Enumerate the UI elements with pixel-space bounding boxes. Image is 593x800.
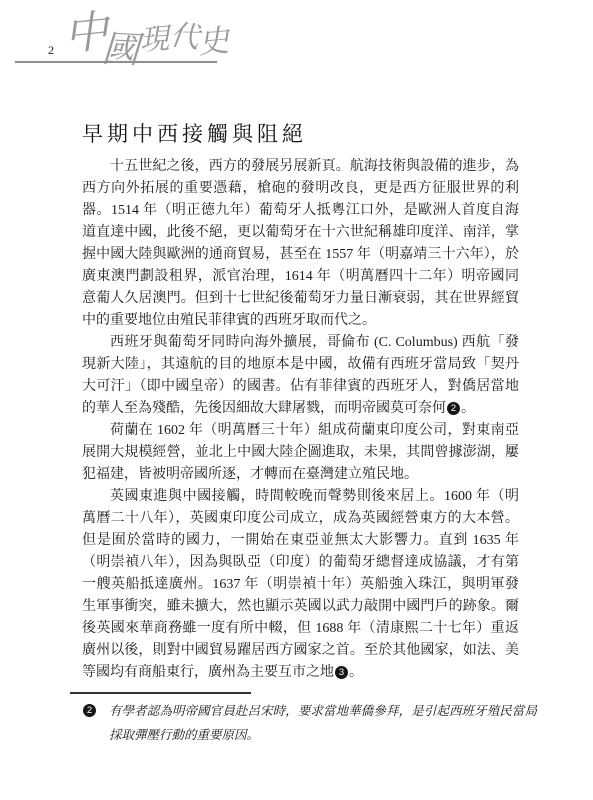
page-number: 2 (48, 43, 54, 58)
paragraph-text: 。 (349, 665, 363, 680)
paragraph-text: 英國東進與中國接觸，時間較晚而聲勢則後來居上。1600 年（明萬曆二十八年），英… (82, 489, 519, 680)
footnote: 2 有學者認為明帝國官員赴呂宋時，要求當地華僑參拜，是引起西班牙殖民當局採取彈壓… (82, 699, 537, 747)
book-page: 2 中 國 現 代 史 早期中西接觸與阻絕 十五世紀之後，西方的發展另展新頁。航… (0, 0, 593, 800)
footnote-text: 有學者認為明帝國官員赴呂宋時，要求當地華僑參拜，是引起西班牙殖民當局採取彈壓行動… (109, 699, 537, 747)
footnote-ref-icon: 2 (447, 402, 460, 415)
paragraph-4: 英國東進與中國接觸，時間較晚而聲勢則後來居上。1600 年（明萬曆二十八年），英… (82, 486, 519, 684)
body-text: 十五世紀之後，西方的發展另展新頁。航海技術與設備的進步，為西方向外拓展的重要憑藉… (82, 156, 519, 684)
paragraph-1: 十五世紀之後，西方的發展另展新頁。航海技術與設備的進步，為西方向外拓展的重要憑藉… (82, 156, 519, 332)
paragraph-2: 西班牙與葡萄牙同時向海外擴展，哥倫布 (C. Columbus) 西航「發現新大… (82, 332, 519, 420)
paragraph-3: 荷蘭在 1602 年（明萬曆三十年）組成荷蘭東印度公司，對東南亞展開大規模經營，… (82, 420, 519, 486)
title-char: 史 (197, 25, 231, 59)
header-rule (15, 61, 217, 63)
footnote-marker-icon: 2 (83, 704, 96, 717)
book-title-calligraphy: 中 國 現 代 史 (64, 10, 229, 78)
title-char: 現 (139, 25, 170, 56)
paragraph-text: 十五世紀之後，西方的發展另展新頁。航海技術與設備的進步，為西方向外拓展的重要憑藉… (82, 159, 519, 328)
title-char: 國 (101, 31, 140, 70)
footnote-ref-icon: 3 (335, 666, 348, 679)
paragraph-text: 。 (461, 401, 475, 416)
section-heading: 早期中西接觸與阻絕 (82, 118, 307, 148)
footnote-separator (70, 692, 251, 694)
paragraph-text: 荷蘭在 1602 年（明萬曆三十年）組成荷蘭東印度公司，對東南亞展開大規模經營，… (82, 423, 519, 482)
